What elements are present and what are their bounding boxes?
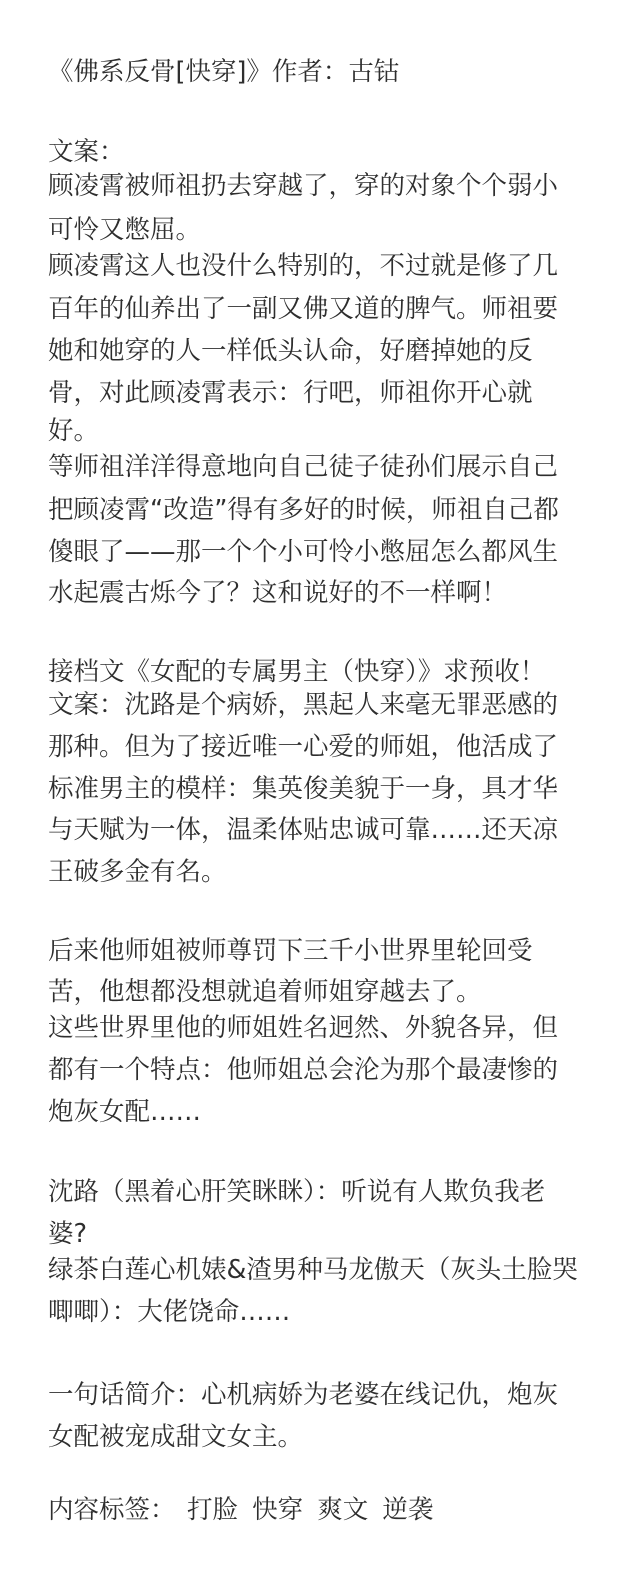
summary-line: 女配被宠成甜文女主。 bbox=[48, 1422, 303, 1452]
dialogue-line: 沈路（黑着心肝笑眯眯）：听说有人欺负我老 bbox=[48, 1177, 545, 1207]
synopsis-line: 骨，对此顾凌霄表示：行吧，师祖你开心就 bbox=[48, 378, 533, 408]
tag: 打脸 bbox=[187, 1495, 238, 1525]
synopsis-line: 把顾凌霄“改造”得有多好的时候，师祖自己都 bbox=[48, 495, 559, 525]
story-line: 苦，他想都没想就追着师姐穿越去了。 bbox=[48, 977, 482, 1007]
story-line: 炮灰女配…… bbox=[48, 1097, 201, 1127]
tag-list: 打脸 快穿 爽文 逆袭 bbox=[187, 1495, 439, 1525]
dialogue-line: 唧唧）：大佬饶命…… bbox=[48, 1297, 290, 1327]
story-line: 这些世界里他的师姐姓名迥然、外貌各异，但 bbox=[48, 1013, 558, 1043]
story-line: 后来他师姐被师尊罚下三千小世界里轮回受 bbox=[48, 936, 533, 966]
synopsis-line: 顾凌霄这人也没什么特别的，不过就是修了几 bbox=[48, 251, 558, 281]
next-book-line: 接档文《女配的专属男主（快穿）》求预收！ bbox=[48, 657, 545, 687]
tags-label: 内容标签： bbox=[48, 1495, 176, 1525]
tag: 快穿 bbox=[252, 1495, 303, 1525]
synopsis-line: 好。 bbox=[48, 416, 99, 446]
dialogue-line: 婆? bbox=[48, 1219, 87, 1249]
synopsis-heading: 文案： bbox=[48, 137, 125, 167]
tag: 爽文 bbox=[317, 1495, 368, 1525]
book-title: 《佛系反骨[快穿]》作者：古钴 bbox=[48, 57, 399, 87]
synopsis-line: 傻眼了——那一个个小可怜小憋屈怎么都风生 bbox=[48, 537, 558, 567]
next-book-line: 标准男主的模样：集英俊美貌于一身，具才华 bbox=[48, 774, 558, 804]
synopsis-line: 她和她穿的人一样低头认命，好磨掉她的反 bbox=[48, 336, 533, 366]
story-line: 都有一个特点：他师姐总会沦为那个最凄惨的 bbox=[48, 1055, 558, 1085]
next-book-line: 与天赋为一体，温柔体贴忠诚可靠……还天凉 bbox=[48, 815, 558, 845]
synopsis-line: 可怜又憋屈。 bbox=[48, 215, 201, 245]
synopsis-line: 水起震古烁今了？这和说好的不一样啊！ bbox=[48, 578, 507, 608]
synopsis-line: 顾凌霄被师祖扔去穿越了，穿的对象个个弱小 bbox=[48, 171, 558, 201]
summary-line: 一句话简介：心机病娇为老婆在线记仇，炮灰 bbox=[48, 1380, 558, 1410]
document-page: 《佛系反骨[快穿]》作者：古钴 文案： 顾凌霄被师祖扔去穿越了，穿的对象个个弱小… bbox=[0, 0, 640, 1580]
dialogue-line: 绿茶白莲心机婊&渣男种马龙傲天（灰头土脸哭 bbox=[48, 1255, 578, 1285]
next-book-line: 王破多金有名。 bbox=[48, 857, 227, 887]
tag: 逆袭 bbox=[382, 1495, 433, 1525]
next-book-line: 文案：沈路是个病娇，黑起人来毫无罪恶感的 bbox=[48, 690, 558, 720]
next-book-line: 那种。但为了接近唯一心爱的师姐，他活成了 bbox=[48, 732, 558, 762]
synopsis-line: 等师祖洋洋得意地向自己徒子徒孙们展示自己 bbox=[48, 452, 558, 482]
synopsis-line: 百年的仙养出了一副又佛又道的脾气。师祖要 bbox=[48, 294, 558, 324]
